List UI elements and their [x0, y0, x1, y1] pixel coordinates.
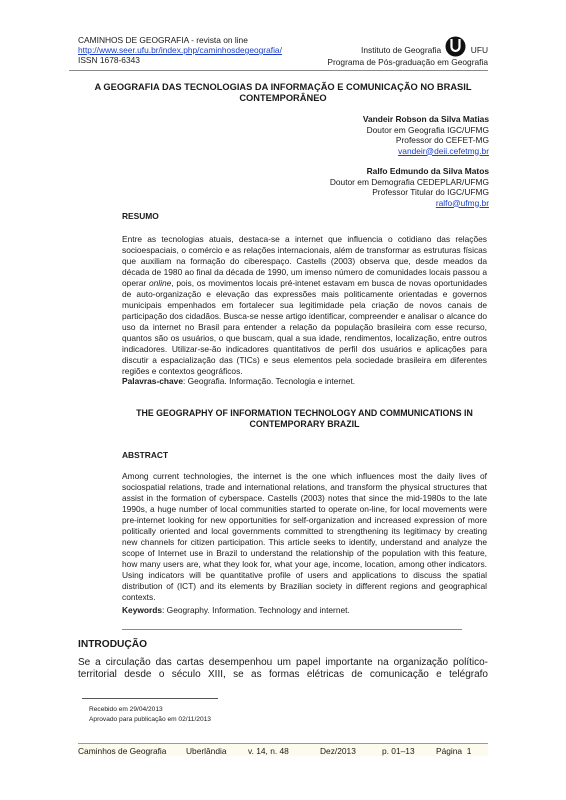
received-date: Recebido em 29/04/2013: [89, 705, 211, 715]
ufu-logo-icon: [445, 36, 466, 57]
english-title: THE GEOGRAPHY OF INFORMATION TECHNOLOGY …: [122, 408, 487, 430]
header-divider: [69, 70, 488, 71]
journal-header: CAMINHOS DE GEOGRAFIA - revista on line …: [78, 35, 282, 65]
author-email-link[interactable]: ralfo@ufmg.br: [436, 198, 489, 208]
footer-volume: v. 14, n. 48: [248, 746, 289, 756]
author-name: Vandeir Robson da Silva Matias: [330, 114, 489, 125]
abstract-text: Among current technologies, the internet…: [122, 471, 487, 603]
approved-date: Aprovado para publicação em 02/11/2013: [89, 715, 211, 725]
article-title: A GEOGRAFIA DAS TECNOLOGIAS DA INFORMAÇÃ…: [78, 82, 488, 104]
footnote-divider: [82, 698, 218, 699]
footer-city: Uberlândia: [186, 746, 227, 756]
footer-journal: Caminhos de Geografia: [78, 746, 166, 756]
institute-name: Instituto de Geografia: [361, 45, 441, 55]
university-name: UFU: [471, 45, 488, 55]
resumo-text: Entre as tecnologias atuais, destaca-se …: [122, 234, 487, 377]
program-name: Programa de Pós-graduação em Geografia: [327, 57, 488, 67]
page-footer: Caminhos de Geografia Uberlândia v. 14, …: [78, 743, 488, 756]
author-name: Ralfo Edmundo da Silva Matos: [330, 166, 489, 177]
author-affiliation: Professor do CEFET-MG: [330, 135, 489, 146]
palavras-chave: Palavras-chave: Geografia. Informação. T…: [122, 376, 355, 386]
authors-block: Vandeir Robson da Silva Matias Doutor em…: [330, 114, 489, 208]
section-divider: [122, 629, 462, 630]
author-affiliation: Doutor em Geografia IGC/UFMG: [330, 125, 489, 136]
author-email-link[interactable]: vandeir@deii.cefetmg.br: [398, 146, 489, 156]
journal-url-link[interactable]: http://www.seer.ufu.br/index.php/caminho…: [78, 45, 282, 55]
journal-name: CAMINHOS DE GEOGRAFIA - revista on line: [78, 35, 282, 45]
issn: ISSN 1678-6343: [78, 55, 282, 65]
keywords: Keywords: Geography. Information. Techno…: [122, 605, 350, 615]
footnotes: Recebido em 29/04/2013 Aprovado para pub…: [89, 705, 211, 725]
author-affiliation: Doutor em Demografia CEDEPLAR/UFMG: [330, 177, 489, 188]
resumo-heading: RESUMO: [122, 211, 159, 221]
abstract-heading: ABSTRACT: [122, 450, 168, 460]
author-affiliation: Professor Titular do IGC/UFMG: [330, 187, 489, 198]
footer-pages: p. 01–13: [382, 746, 415, 756]
institution-header: Instituto de Geografia UFU Programa de P…: [327, 36, 488, 67]
footer-date: Dez/2013: [320, 746, 356, 756]
footer-page-number: Página 1: [436, 746, 471, 756]
intro-heading: INTRODUÇÃO: [78, 639, 147, 650]
intro-text: Se a circulação das cartas desempenhou u…: [78, 657, 488, 680]
